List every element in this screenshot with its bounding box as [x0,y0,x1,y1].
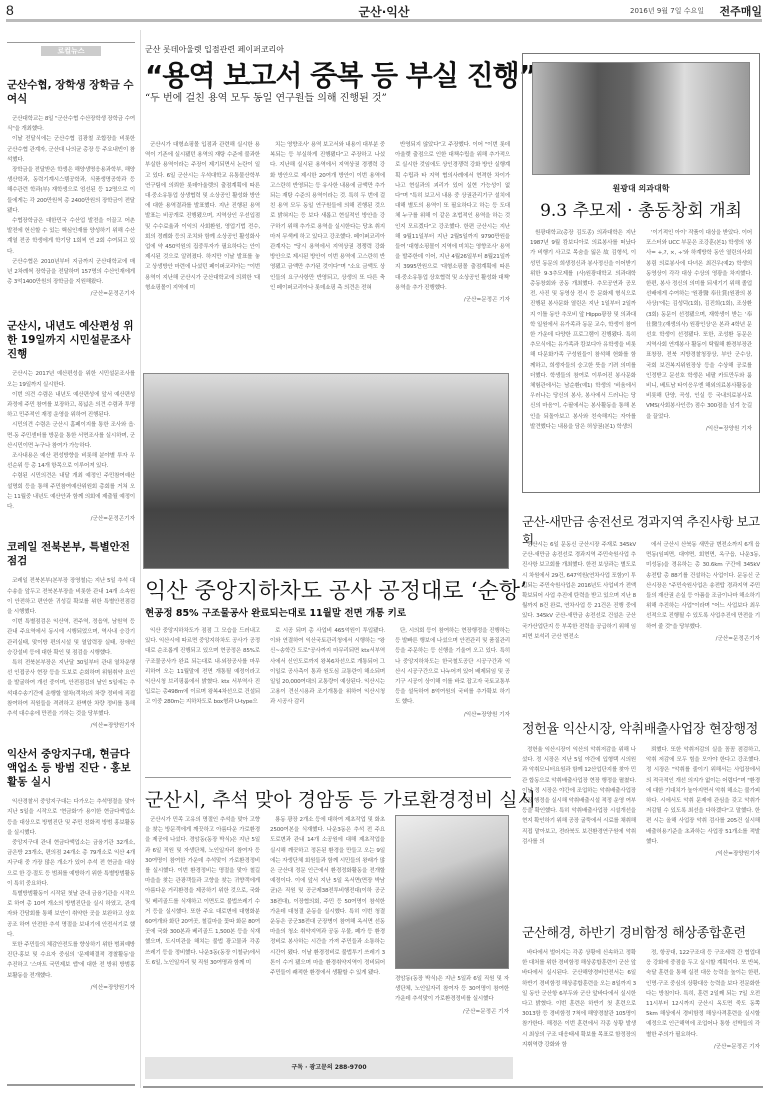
paragraph: 군산시는 2017년 예산편성을 위한 시민설문조사를 오는 19일까지 실시한… [7,369,135,389]
songjeon-col-2: 에서 군산시 산북동 새만금 변전소까지 6개 읍면동(임피면, 대야면, 회현… [646,540,760,642]
article-title: 익산서 중앙지구대, 현금다액업소 등 방범 진단 · 홍보활동 실시 [7,747,135,789]
article-title: 군산시, 내년도 예산편성 위한 19일까지 시민설문조사 진행 [7,319,135,361]
paragraph: 시민의견 수렴은 군산시 홈페이지를 통한 조사와 읍·면·동 주민센터를 방문… [7,420,135,451]
jeong-col-1: 정헌율 익산시장이 익산의 악취저감을 위해 나섰다. 정 시장은 지난 5일 … [522,745,636,847]
street-headline: 군산시, 추석 맞아 경암동 등 가로환경정비 실시 [145,785,536,812]
article-title: 코레일 전북본부, 특별안전점검 [7,540,135,568]
byline: /익산=장양원 기자 [395,710,510,718]
handshake-photo [532,62,750,175]
column-divider [7,1084,135,1086]
byline: /군산=문정곤기자 [7,289,135,297]
underpass-col-3: 단, 시의회 등이 참여하는 현장행정을 진행하는 등 발빠른 행보에 나섰으며… [395,626,510,718]
paragraph: 특히 전북본부장은 지난달 30일부터 관내 열차운행선 인접공사 현장 등을 … [7,658,135,719]
column-divider [140,30,141,1088]
street-col-2: 룡동 광장 2개소 등에 대하여 제초작업 및 화초 2500여본을 식재했다.… [270,815,385,978]
header-divider [6,19,762,22]
byline: /익산=장양원기자 [7,983,135,991]
paragraph: 군산시는 6일 문동신 군산시장 주재로 345kV 군산-새만금 송전선로 경… [522,540,636,642]
coast-col-1: 바다에서 벌어지는 각종 상황에 신속하고 정확한 대처를 위한 경비함정 해상… [522,948,636,1050]
local-news-banner: 로컬뉴스 [7,42,135,56]
newspaper-brand: 전주매일 [719,3,762,19]
alley-photo [395,815,509,969]
paragraph: 수협장학금은 대한민국 수산업 발전을 이끌고 어촌 발전에 헌신할 수 있는 … [7,216,135,257]
byline: /군산=문정곤 기자 [395,1007,509,1015]
paragraph: 특별방범활동이 시작된 첫날 관내 금융기관을 시작으로 하여 총 10여 개소… [7,889,135,940]
paragraph: 이번 의견 수렴은 내년도 예산편성에 앞서 예산편성 과정에 주민 참여를 보… [7,390,135,421]
paragraph: 뢰했다. 또한 악취저감의 실을 꼼꼼 점검하고, 악취 저감에 모두 힘을 모… [646,745,760,847]
paragraph: 군산수협은 2010년부터 지금까지 군산대학교에 매년 2차례씩 장학금을 전… [7,257,135,288]
byline: /군산=문정곤기자 [7,514,135,522]
paragraph: 치는 영향조사' 용역 보고서와 내용이 대부분 중복되는 등 부실하게 진행됐… [270,140,385,293]
box-headline: 9.3 추모제 · 총동창회 개최 [522,196,760,221]
paragraph: 익산경찰서 중앙지구대는 다가오는 추석명절을 맞아 지난 5일을 시작으로 '… [7,797,135,838]
lead-col-3: 반영되지 않았다"고 주장했다. 이어 "이번 롯데아울렛 출점으로 인한 대책… [395,140,510,303]
paragraph: 이번 특별점검은 익산역, 전주역, 정읍역, 남원역 등 관내 주요역에서 동… [7,617,135,658]
paragraph: 코레일 전북본부(본부장 장영철)는 지난 5일 추석 대수송을 앞두고 전북본… [7,576,135,617]
section-divider [145,777,511,778]
box-col-1: 원광대학교(총장 김도종) 의과대학은 지난 1987년 9월 캄보디아로 의료… [530,228,636,432]
paragraph: 익산 중앙지하차도가 점점 그 모습을 드러내고 있다. 익산시에 따르면 중앙… [145,626,260,708]
coast-headline: 군산해경, 하반기 경비함정 해상종합훈련 [522,922,746,941]
local-news-label: 로컬뉴스 [41,46,101,56]
street-col-1: 군산시가 민족 고유의 명절인 추석을 맞아 고향을 찾는 방문객에게 깨끗하고… [145,815,260,968]
paragraph: 장학금을 전달받은 학생은 해양생명응용과학부, 해양생산학과, 동력기계시스템… [7,165,135,216]
paragraph: 반영되지 않았다"고 주장했다. 이어 "이번 롯데아울렛 출점으로 인한 대책… [395,140,510,293]
paragraph: 군산시가 대형쇼핑몰 입점과 관련해 실시한 용역이 기존에 실시됐던 용역의 … [145,140,260,293]
street-photo-caption-block: 경암동(동장 박식)은 지난 5일과 6일 직원 및 자생단체, 노인일자리 참… [395,974,509,1015]
lead-col-1: 군산시가 대형쇼핑몰 입점과 관련해 실시한 용역이 기존에 실시됐던 용역의 … [145,140,260,293]
paragraph: 바다에서 벌어지는 각종 상황에 신속하고 정확한 대처를 위한 경비함정 해상… [522,948,636,1050]
article-korail: 코레일 전북본부, 특별안전점검 코레일 전북본부(본부장 장영철)는 지난 5… [7,540,135,729]
article-suhyup: 군산수협, 장학생 장학금 수여식 군산대학교는 8일 "군산수협 수산장학생 … [7,78,135,297]
lead-headline: “용역 보고서 중복 등 부실 진행” [145,54,536,94]
article-survey: 군산시, 내년도 예산편성 위한 19일까지 시민설문조사 진행 군산시는 20… [7,319,135,522]
paragraph: 정헌율 익산시장이 익산의 악취저감을 위해 나섰다. 정 시장은 지난 5일 … [522,745,636,847]
underpass-headline: 익산 중앙지하차도 공사 공정대로 ‘순항’ [145,574,527,605]
paragraph: 단, 시의회 등이 참여하는 현장행정을 진행하는 등 발빠른 행보에 나섰으며… [395,626,510,708]
byline: /익산=장양원기자 [646,849,760,857]
photo-caption: 경암동(동장 박식)은 지난 5일과 6일 직원 및 자생단체, 노인일자리 참… [395,974,509,1005]
subscription-ad-bar: 구독 · 광고문의 288-9700 [145,1057,513,1079]
paragraph: 룡동 광장 2개소 등에 대하여 제초작업 및 화초 2500여본을 식재했다.… [270,815,385,978]
jeong-headline: 정헌율 익산시장, 악취배출사업장 현장행정 [522,718,758,737]
bottom-rule [143,1086,763,1088]
underpass-col-1: 익산 중앙지하차도가 점점 그 모습을 드러내고 있다. 익산시에 따르면 중앙… [145,626,260,708]
lead-deck: “두 번에 걸친 용역 모두 동일 연구원들 의해 진행된 것” [145,89,387,104]
underpass-rendering-photo [143,373,509,569]
box-col-2: '이기적인 아이' 작품이 대상을 받았다. 이어 포스터와 UCC 부문은 조… [646,228,752,432]
underpass-subhead: 현공정 85% 구조물공사 완료되는대로 11월말 전면 개통 키로 [145,605,406,619]
underpass-col-2: 로 시공 되며 총 사업비 465억원이 투입됐다. 이와 연결하여 익산국토관… [270,626,385,708]
paragraph: 중앙지구대 관내 현금다액업소는 금융기관 32개소, 금은방 23개소, 편의… [7,838,135,889]
paragraph: '이기적인 아이' 작품이 대상을 받았다. 이어 포스터와 UCC 부문은 조… [646,228,752,422]
paragraph: 군산시가 민족 고유의 명절인 추석을 맞아 고향을 찾는 방문객에게 깨끗하고… [145,815,260,968]
box-subtitle: 원광대 의과대학 [522,183,760,194]
paragraph: 이날 전달식에는 군산수협 김광철 조합장을 비롯한 군산수협 관계자, 군산대… [7,134,135,165]
paragraph: 조사내용은 예산 편성방향을 비롯해 분야별 투자 우선순위 등 총 14개 항… [7,451,135,471]
coast-col-2: 정, 항공대, 122구조대 등 구조세력 간 협업대응 강화에 중점을 두고 … [646,948,760,1050]
lead-col-2: 치는 영향조사' 용역 보고서와 내용이 대부분 중복되는 등 부실하게 진행됐… [270,140,385,293]
paragraph: 로 시공 되며 총 사업비 465억원이 투입됐다. 이와 연결하여 익산국토관… [270,626,385,708]
paragraph: 에서 군산시 산북동 새만금 변전소까지 6개 읍면동(임피면, 대야면, 회현… [646,540,760,632]
issue-date: 2016년 9월 7일 수요일 [630,6,704,16]
paragraph: 수렴된 시민의견은 내달 개최 예정인 주민참여예산 설명회 등을 통해 주민참… [7,471,135,512]
byline: /익산=장양원기자 [7,721,135,729]
byline: /군산=문정곤 기자 [646,1042,760,1050]
paragraph: 원광대학교(총장 김도종) 의과대학은 지난 1987년 9월 캄보디아로 의료… [530,228,636,432]
left-column: 군산수협, 장학생 장학금 수여식 군산대학교는 8일 "군산수협 수산장학생 … [7,60,135,991]
article-police: 익산서 중앙지구대, 현금다액업소 등 방범 진단 · 홍보활동 실시 익산경찰… [7,747,135,991]
songjeon-col-1: 군산시는 6일 문동신 군산시장 주재로 345kV 군산-새만금 송전선로 경… [522,540,636,642]
byline: /군산=문정곤 기자 [395,295,510,303]
paragraph: 또한 주민들의 체감안전도를 향상하기 위한 범죄예방진단·홍보 및 수요자 중… [7,940,135,981]
jeong-col-2: 뢰했다. 또한 악취저감의 실을 꼼꼼 점검하고, 악취 저감에 모두 힘을 모… [646,745,760,857]
paragraph: 정, 항공대, 122구조대 등 구조세력 간 협업대응 강화에 중점을 두고 … [646,948,760,1040]
byline: /익산=장양원 기자 [646,424,752,432]
article-title: 군산수협, 장학생 장학금 수여식 [7,78,135,106]
byline: /군산=문정곤기자 [646,634,760,642]
paragraph: 군산대학교는 8일 "군산수협 수산장학생 장학금 수여식"을 개최했다. [7,114,135,134]
